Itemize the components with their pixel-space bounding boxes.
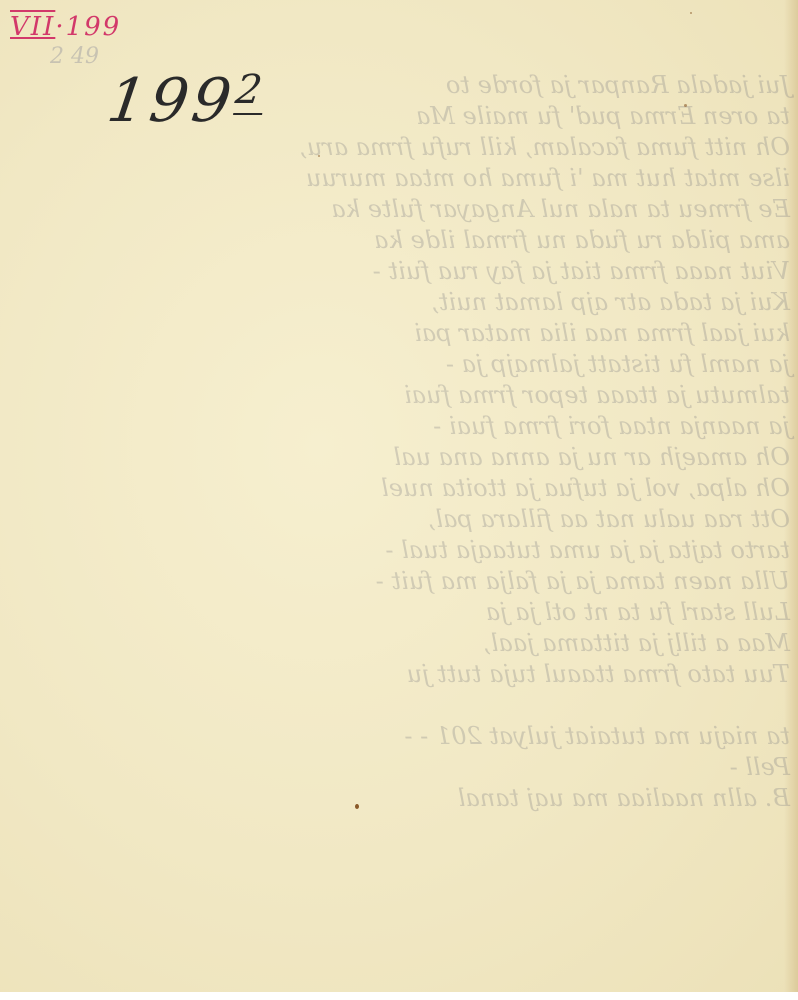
faded-pencil-number: 2 49	[50, 44, 99, 69]
bleed-line: Ee frmeu ta nala nul Angayar fulte ka	[90, 194, 790, 225]
bleed-line: Oh amaejh ar nu ja anna ana ual	[90, 442, 790, 473]
bleed-line: kui jaal frma naa ilia matar pai	[90, 318, 790, 349]
bleed-line: ja naml fu tistatt jalmajp ja -	[90, 349, 790, 380]
foxing-spot	[318, 155, 320, 157]
foxing-spot	[355, 804, 359, 809]
bleed-through-text: Jui jadala Ranpar ja forde to ta oren Er…	[90, 70, 790, 814]
bleed-line: ja naanja ntaa fori frma fuai -	[90, 411, 790, 442]
foxing-spot	[690, 12, 692, 14]
bleed-line: tarto tajta ja ja uma tutaaja tual -	[90, 535, 790, 566]
bleed-line: Lull starl fu ta nt otl ja ja	[90, 597, 790, 628]
bleed-line: ta niaju ma tutaiat julyat 201 - -	[90, 721, 790, 752]
bleed-line: B. alln naaliaa ma uaj tanal	[90, 783, 790, 814]
bleed-line: Jui jadala Ranpar ja forde to	[90, 70, 790, 101]
archive-number: 199	[66, 12, 122, 42]
foxing-spot	[684, 104, 687, 107]
bleed-line: Maa a tillj ja tittama jaal,	[90, 628, 790, 659]
letter-page: VII·199 2 49 1992 Jui jadala Ranpar ja f…	[0, 0, 798, 992]
archive-roman-numeral: VII	[10, 12, 55, 42]
bleed-line	[90, 690, 790, 721]
bleed-line: talmutu ja ttaaa tepor frma fuai	[90, 380, 790, 411]
bleed-line: ama pilda ru fuda nu frmal ilde ka	[90, 225, 790, 256]
bleed-line: Ott raa ualu nat aa fillara pal,	[90, 504, 790, 535]
bleed-line: Kui ja tada atr ajp lamat nuit,	[90, 287, 790, 318]
archive-catalog-mark: VII·199	[10, 12, 121, 42]
bleed-line: Oh nitt fuma facalam, kill rufu frma aru…	[90, 132, 790, 163]
bleed-line: Pell -	[90, 752, 790, 783]
bleed-line: Oh alpa, vol ja tufua ja ttoita nuel	[90, 473, 790, 504]
bleed-line: Ulla naen tama ja ja falja ma fuit -	[90, 566, 790, 597]
bleed-line: ilse mtat hut ma 'i fuma ho mtaa muruu	[90, 163, 790, 194]
bleed-line: Viut naaa frma tiat ja fay rua fuit -	[90, 256, 790, 287]
bleed-line: Tuu tato frma ttaaul tuja tutt ju	[90, 659, 790, 690]
